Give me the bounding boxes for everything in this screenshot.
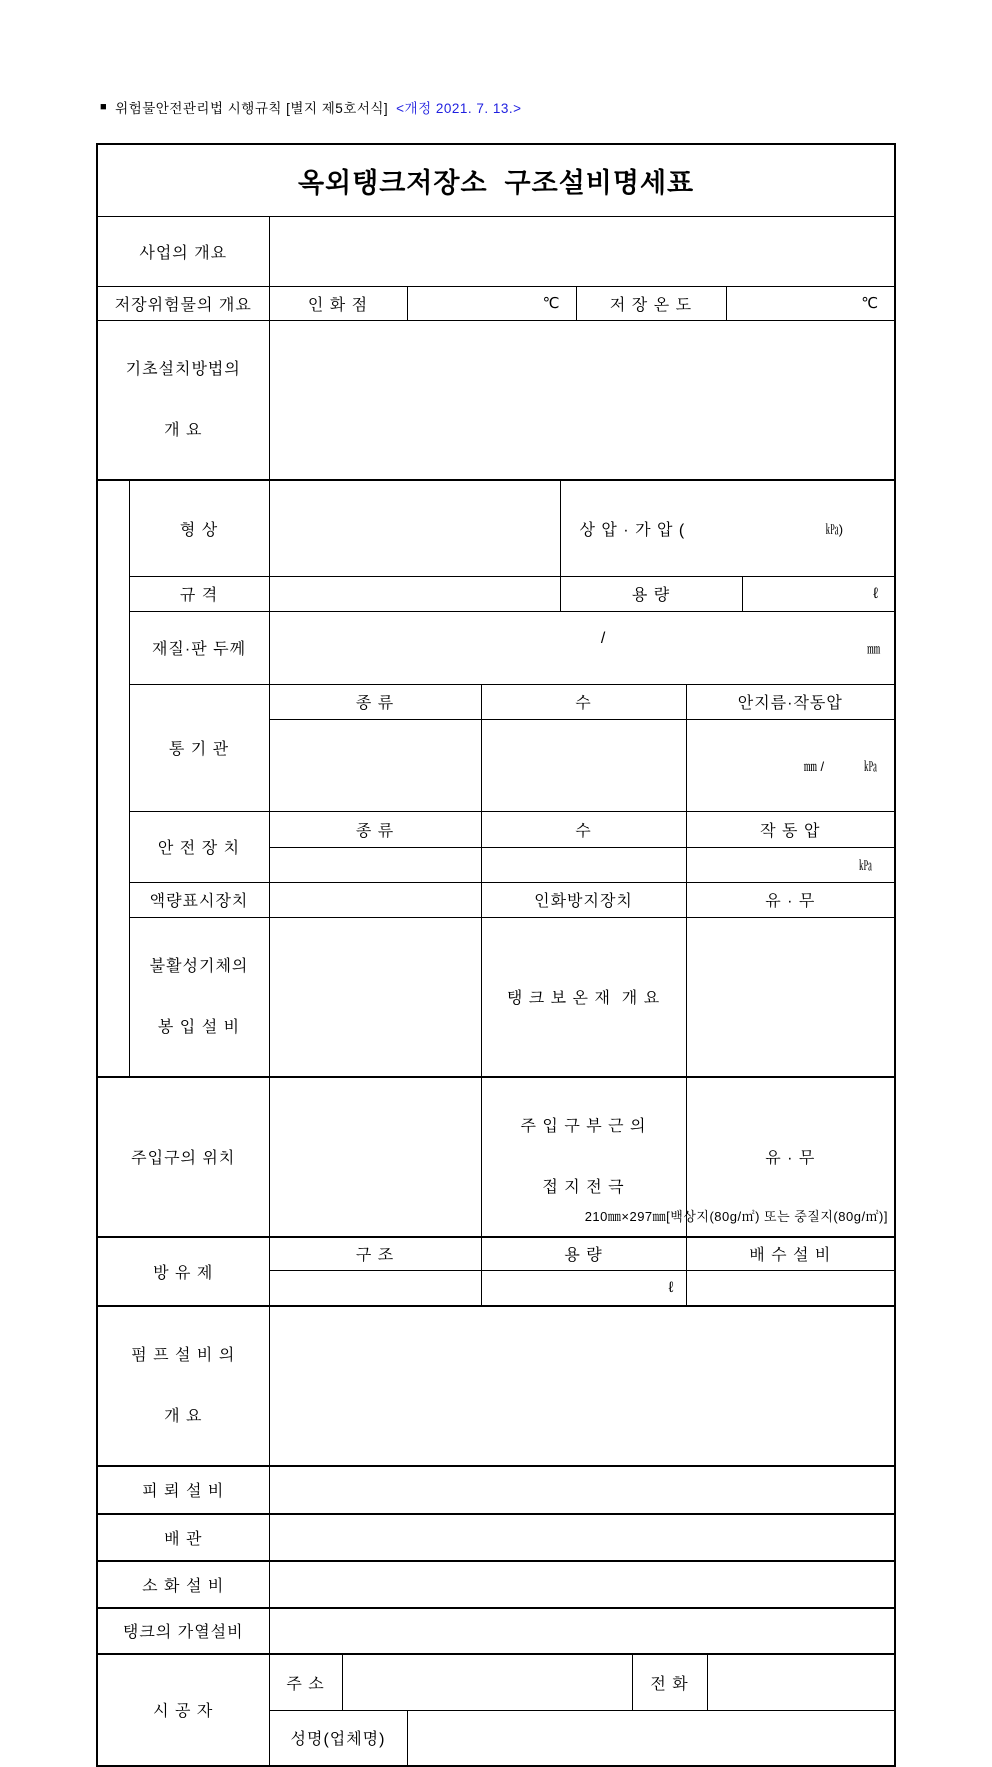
table-row-lightning: 피 뢰 설 비 <box>97 1466 895 1514</box>
constructor-label: 시 공 자 <box>97 1654 269 1766</box>
revision-note: <개정 2021. 7. 13.> <box>396 97 521 117</box>
safety-count-header: 수 <box>481 811 686 847</box>
inert-gas-label-line1: 불활성기체의 <box>135 954 264 979</box>
storage-temp-label: 저 장 온 도 <box>576 286 726 320</box>
table-row-pump: 펌 프 설 비 의 개 요 <box>97 1306 895 1466</box>
level-gauge-value-cell <box>269 882 481 917</box>
foundation-method-label: 기초설치방법의 개 요 <box>97 320 269 480</box>
vent-pipe-label: 통 기 관 <box>129 684 269 811</box>
pressure-kpa-unit: ㎪) <box>826 519 843 538</box>
flash-point-label: 인 화 점 <box>269 286 407 320</box>
constructor-phone-value-cell <box>707 1654 895 1711</box>
flame-arrester-yesno: 유 · 무 <box>686 882 895 917</box>
vent-bore-header: 안지름·작동압 <box>686 684 895 719</box>
lightning-label: 피 뢰 설 비 <box>97 1466 269 1514</box>
dike-capacity-liter-unit: ℓ <box>481 1271 686 1306</box>
dike-structure-header: 구 조 <box>269 1237 481 1271</box>
table-row-dike-header: 방 유 제 구 조 용 량 배 수 설 비 <box>97 1237 895 1271</box>
vent-type-header: 종 류 <box>269 684 481 719</box>
inert-gas-value-cell <box>269 917 481 1077</box>
piping-value-cell <box>269 1514 895 1561</box>
capacity-value-cell: ℓ <box>742 576 895 611</box>
inlet-location-label: 주입구의 위치 <box>97 1077 269 1237</box>
dike-capacity-header: 용 량 <box>481 1237 686 1271</box>
table-row-inert: 불활성기체의 봉 입 설 비 탱 크 보 온 재 개 요 <box>97 917 895 1077</box>
spec-label: 규 격 <box>129 576 269 611</box>
vent-kpa-unit: ㎪ <box>864 756 877 775</box>
heating-equipment-label: 탱크의 가열설비 <box>97 1608 269 1654</box>
table-row-gauge: 액량표시장치 인화방지장치 유 · 무 <box>97 882 895 917</box>
pressure-cell: 상 압 · 가 압 ( ㎪) <box>560 480 895 577</box>
vent-mm-unit: ㎜ / <box>804 756 824 775</box>
foundation-method-label-line2: 개 요 <box>103 418 264 443</box>
material-thickness-label: 재질·판 두께 <box>129 611 269 684</box>
table-row-title: 옥외탱크저장소 구조설비명세표 <box>97 144 895 216</box>
inert-gas-label-line2: 봉 입 설 비 <box>135 1015 264 1040</box>
spec-form-table: 옥외탱크저장소 구조설비명세표 사업의 개요 저장위험물의 개요 인 화 점 ℃… <box>96 143 896 1767</box>
table-row-material: 재질·판 두께 / ㎜ <box>97 611 895 684</box>
dike-label: 방 유 제 <box>97 1237 269 1306</box>
flame-arrester-label: 인화방지장치 <box>481 882 686 917</box>
paper-size-note: 210㎜×297㎜[백상지(80g/㎡) 또는 중질지(80g/㎡)] <box>585 1206 888 1225</box>
pressure-label: 상 압 · 가 압 ( <box>580 517 686 540</box>
material-mm-unit: ㎜ <box>867 638 880 657</box>
table-row-vent-header: 통 기 관 종 류 수 안지름·작동압 <box>97 684 895 719</box>
safety-kpa-unit: ㎪ <box>686 847 895 882</box>
table-row-shape: 탱크의 구조·설비 형 상 상 압 · 가 압 ( ㎪) <box>97 480 895 577</box>
dike-structure-value-cell <box>269 1271 481 1306</box>
table-row-constructor-address: 시 공 자 주 소 전 화 <box>97 1654 895 1711</box>
table-row-foundation: 기초설치방법의 개 요 <box>97 320 895 480</box>
safety-oppressure-header: 작 동 압 <box>686 811 895 847</box>
constructor-phone-label: 전 화 <box>632 1654 707 1711</box>
safety-device-label: 안 전 장 치 <box>129 811 269 882</box>
inlet-ground-label-line2: 접 지 전 극 <box>487 1175 681 1200</box>
table-row-piping: 배 관 <box>97 1514 895 1561</box>
pump-overview-value-cell <box>269 1306 895 1466</box>
table-row-fire: 소 화 설 비 <box>97 1561 895 1608</box>
material-slash: / <box>601 630 606 647</box>
dike-drainage-header: 배 수 설 비 <box>686 1237 895 1271</box>
form-title: 옥외탱크저장소 구조설비명세표 <box>97 144 895 216</box>
document-page: ■ 위험물안전관리법 시행규칙 [별지 제5호서식] <개정 2021. 7. … <box>0 0 992 1403</box>
constructor-address-value-cell <box>342 1654 632 1711</box>
table-row-hazmat: 저장위험물의 개요 인 화 점 ℃ 저 장 온 도 ℃ <box>97 286 895 320</box>
table-row-business: 사업의 개요 <box>97 216 895 286</box>
law-reference-text: 위험물안전관리법 시행규칙 [별지 제5호서식] <box>115 97 388 117</box>
fire-equipment-value-cell <box>269 1561 895 1608</box>
lightning-value-cell <box>269 1466 895 1514</box>
shape-value-cell <box>269 480 560 577</box>
foundation-method-value-cell <box>269 320 895 480</box>
safety-count-value-cell <box>481 847 686 882</box>
vent-count-header: 수 <box>481 684 686 719</box>
vent-bore-value-cell: ㎜ / ㎪ <box>686 719 895 811</box>
pump-overview-label-line2: 개 요 <box>103 1404 264 1429</box>
inlet-ground-label-line1: 주 입 구 부 근 의 <box>487 1114 681 1139</box>
vent-count-value-cell <box>481 719 686 811</box>
table-row-heating: 탱크의 가열설비 <box>97 1608 895 1654</box>
flash-point-value-cell: ℃ <box>407 286 576 320</box>
safety-type-header: 종 류 <box>269 811 481 847</box>
level-gauge-label: 액량표시장치 <box>129 882 269 917</box>
constructor-name-label: 성명(업체명) <box>269 1711 407 1766</box>
constructor-name-value-cell <box>407 1711 895 1766</box>
fire-equipment-label: 소 화 설 비 <box>97 1561 269 1608</box>
material-thickness-value-cell: / ㎜ <box>269 611 895 684</box>
vent-type-value-cell <box>269 719 481 811</box>
inlet-location-value-cell <box>269 1077 481 1237</box>
business-overview-label: 사업의 개요 <box>97 216 269 286</box>
foundation-method-label-line1: 기초설치방법의 <box>103 357 264 382</box>
piping-label: 배 관 <box>97 1514 269 1561</box>
pump-overview-label: 펌 프 설 비 의 개 요 <box>97 1306 269 1466</box>
table-row-safety-header: 안 전 장 치 종 류 수 작 동 압 <box>97 811 895 847</box>
insulation-value-cell <box>686 917 895 1077</box>
pump-overview-label-line1: 펌 프 설 비 의 <box>103 1343 264 1368</box>
spec-value-cell <box>269 576 560 611</box>
dike-drainage-value-cell <box>686 1271 895 1306</box>
capacity-label: 용 량 <box>560 576 742 611</box>
heating-equipment-value-cell <box>269 1608 895 1654</box>
safety-type-value-cell <box>269 847 481 882</box>
inert-gas-label: 불활성기체의 봉 입 설 비 <box>129 917 269 1077</box>
insulation-label: 탱 크 보 온 재 개 요 <box>481 917 686 1077</box>
business-overview-value-cell <box>269 216 895 286</box>
form-header-note: ■ 위험물안전관리법 시행규칙 [별지 제5호서식] <개정 2021. 7. … <box>100 97 522 117</box>
shape-label: 형 상 <box>129 480 269 577</box>
hazmat-overview-label: 저장위험물의 개요 <box>97 286 269 320</box>
storage-temp-value-cell: ℃ <box>726 286 895 320</box>
square-bullet-icon: ■ <box>100 101 107 113</box>
table-row-spec: 규 격 용 량 ℓ <box>97 576 895 611</box>
constructor-address-label: 주 소 <box>269 1654 342 1711</box>
tank-section-vertical-label: 탱크의 구조·설비 <box>97 480 129 1077</box>
